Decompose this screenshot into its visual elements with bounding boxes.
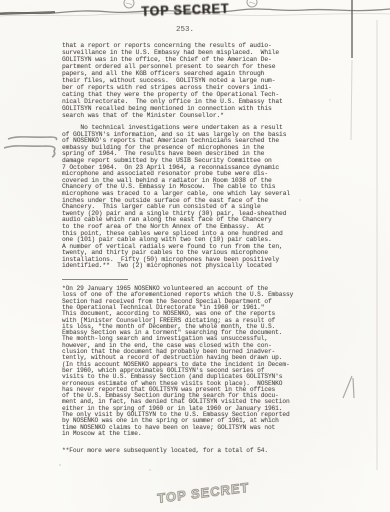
scan-artifact-top-line-dark-segment	[0, 12, 55, 14]
page-number: 253.	[176, 26, 194, 34]
body-paragraph-2: No technical investigations were underta…	[62, 125, 326, 270]
footnote-2: **Four more were subsequently located, f…	[62, 448, 326, 454]
footnote-1: *On 29 January 1965 NOSENKO volunteered …	[62, 286, 326, 437]
registration-mark-right-glyph	[249, 2, 255, 4]
margin-annotation-tick-1	[343, 376, 352, 398]
scan-artifact-right-dark-line-fade	[351, 60, 352, 140]
margin-annotation-squiggle-1	[8, 137, 57, 140]
registration-mark-left-glyph	[126, 3, 132, 5]
margin-annotation-squiggle-2	[4, 146, 55, 157]
document-page: TOP SECRET 253. that a report or reports…	[0, 0, 390, 512]
body-paragraph-1: that a report or reports concerning the …	[62, 42, 326, 119]
classification-stamp-bottom: TOP SECRET	[157, 480, 250, 506]
margin-annotation-tick-2	[353, 378, 354, 398]
scan-speck	[329, 99, 330, 100]
registration-mark-left	[124, 0, 134, 8]
body-text-column: that a report or reports concerning the …	[62, 42, 326, 454]
classification-stamp-top: TOP SECRET	[141, 0, 229, 19]
scan-speck	[149, 469, 151, 471]
scan-speck	[59, 464, 61, 466]
registration-mark-right	[247, 0, 257, 7]
footnote-separator	[62, 279, 128, 280]
